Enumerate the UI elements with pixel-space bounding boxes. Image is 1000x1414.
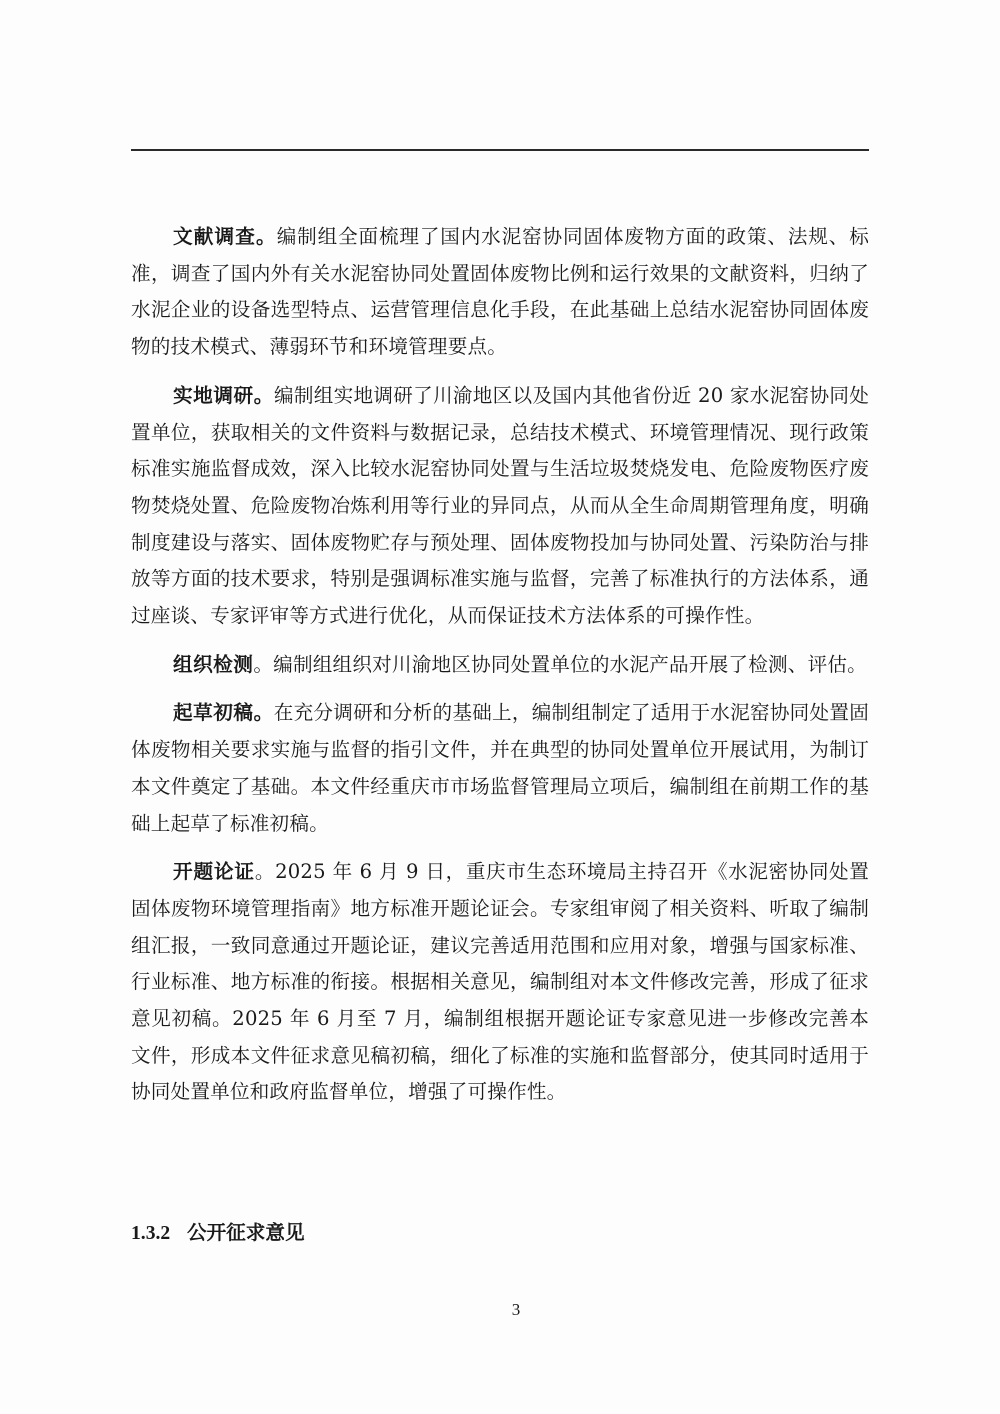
- paragraph-draft: 起草初稿。在充分调研和分析的基础上，编制组制定了适用于水泥窑协同处置固体废物相关…: [131, 695, 869, 842]
- paragraph-lead: 实地调研。: [173, 384, 274, 407]
- paragraph-lead: 组织检测: [173, 653, 253, 676]
- paragraph-lead: 开题论证: [173, 860, 255, 883]
- paragraph-text: 。2025 年 6 月 9 日，重庆市生态环境局主持召开《水泥密协同处置固体废物…: [131, 860, 869, 1103]
- header-rule: [131, 149, 869, 151]
- paragraph-field-research: 实地调研。编制组实地调研了川渝地区以及国内其他省份近 20 家水泥窑协同处置单位…: [131, 378, 869, 635]
- paragraph-literature-review: 文献调查。编制组全面梳理了国内水泥窑协同固体废物方面的政策、法规、标准，调查了国…: [131, 219, 869, 366]
- paragraph-text: 编制组实地调研了川渝地区以及国内其他省份近 20 家水泥窑协同处置单位，获取相关…: [131, 384, 869, 627]
- section-heading: 1.3.2公开征求意见: [131, 1219, 305, 1248]
- section-number: 1.3.2: [131, 1220, 187, 1248]
- section-title: 公开征求意见: [187, 1221, 305, 1244]
- page-body: 文献调查。编制组全面梳理了国内水泥窑协同固体废物方面的政策、法规、标准，调查了国…: [131, 219, 869, 1123]
- paragraph-proposal-review: 开题论证。2025 年 6 月 9 日，重庆市生态环境局主持召开《水泥密协同处置…: [131, 854, 869, 1111]
- paragraph-text: 。编制组组织对川渝地区协同处置单位的水泥产品开展了检测、评估。: [253, 653, 867, 676]
- page-number: 3: [496, 1300, 536, 1320]
- paragraph-lead: 文献调查。: [173, 225, 277, 248]
- paragraph-lead: 起草初稿。: [173, 701, 274, 724]
- paragraph-testing: 组织检测。编制组组织对川渝地区协同处置单位的水泥产品开展了检测、评估。: [131, 647, 869, 684]
- document-page: 文献调查。编制组全面梳理了国内水泥窑协同固体废物方面的政策、法规、标准，调查了国…: [0, 0, 1000, 1414]
